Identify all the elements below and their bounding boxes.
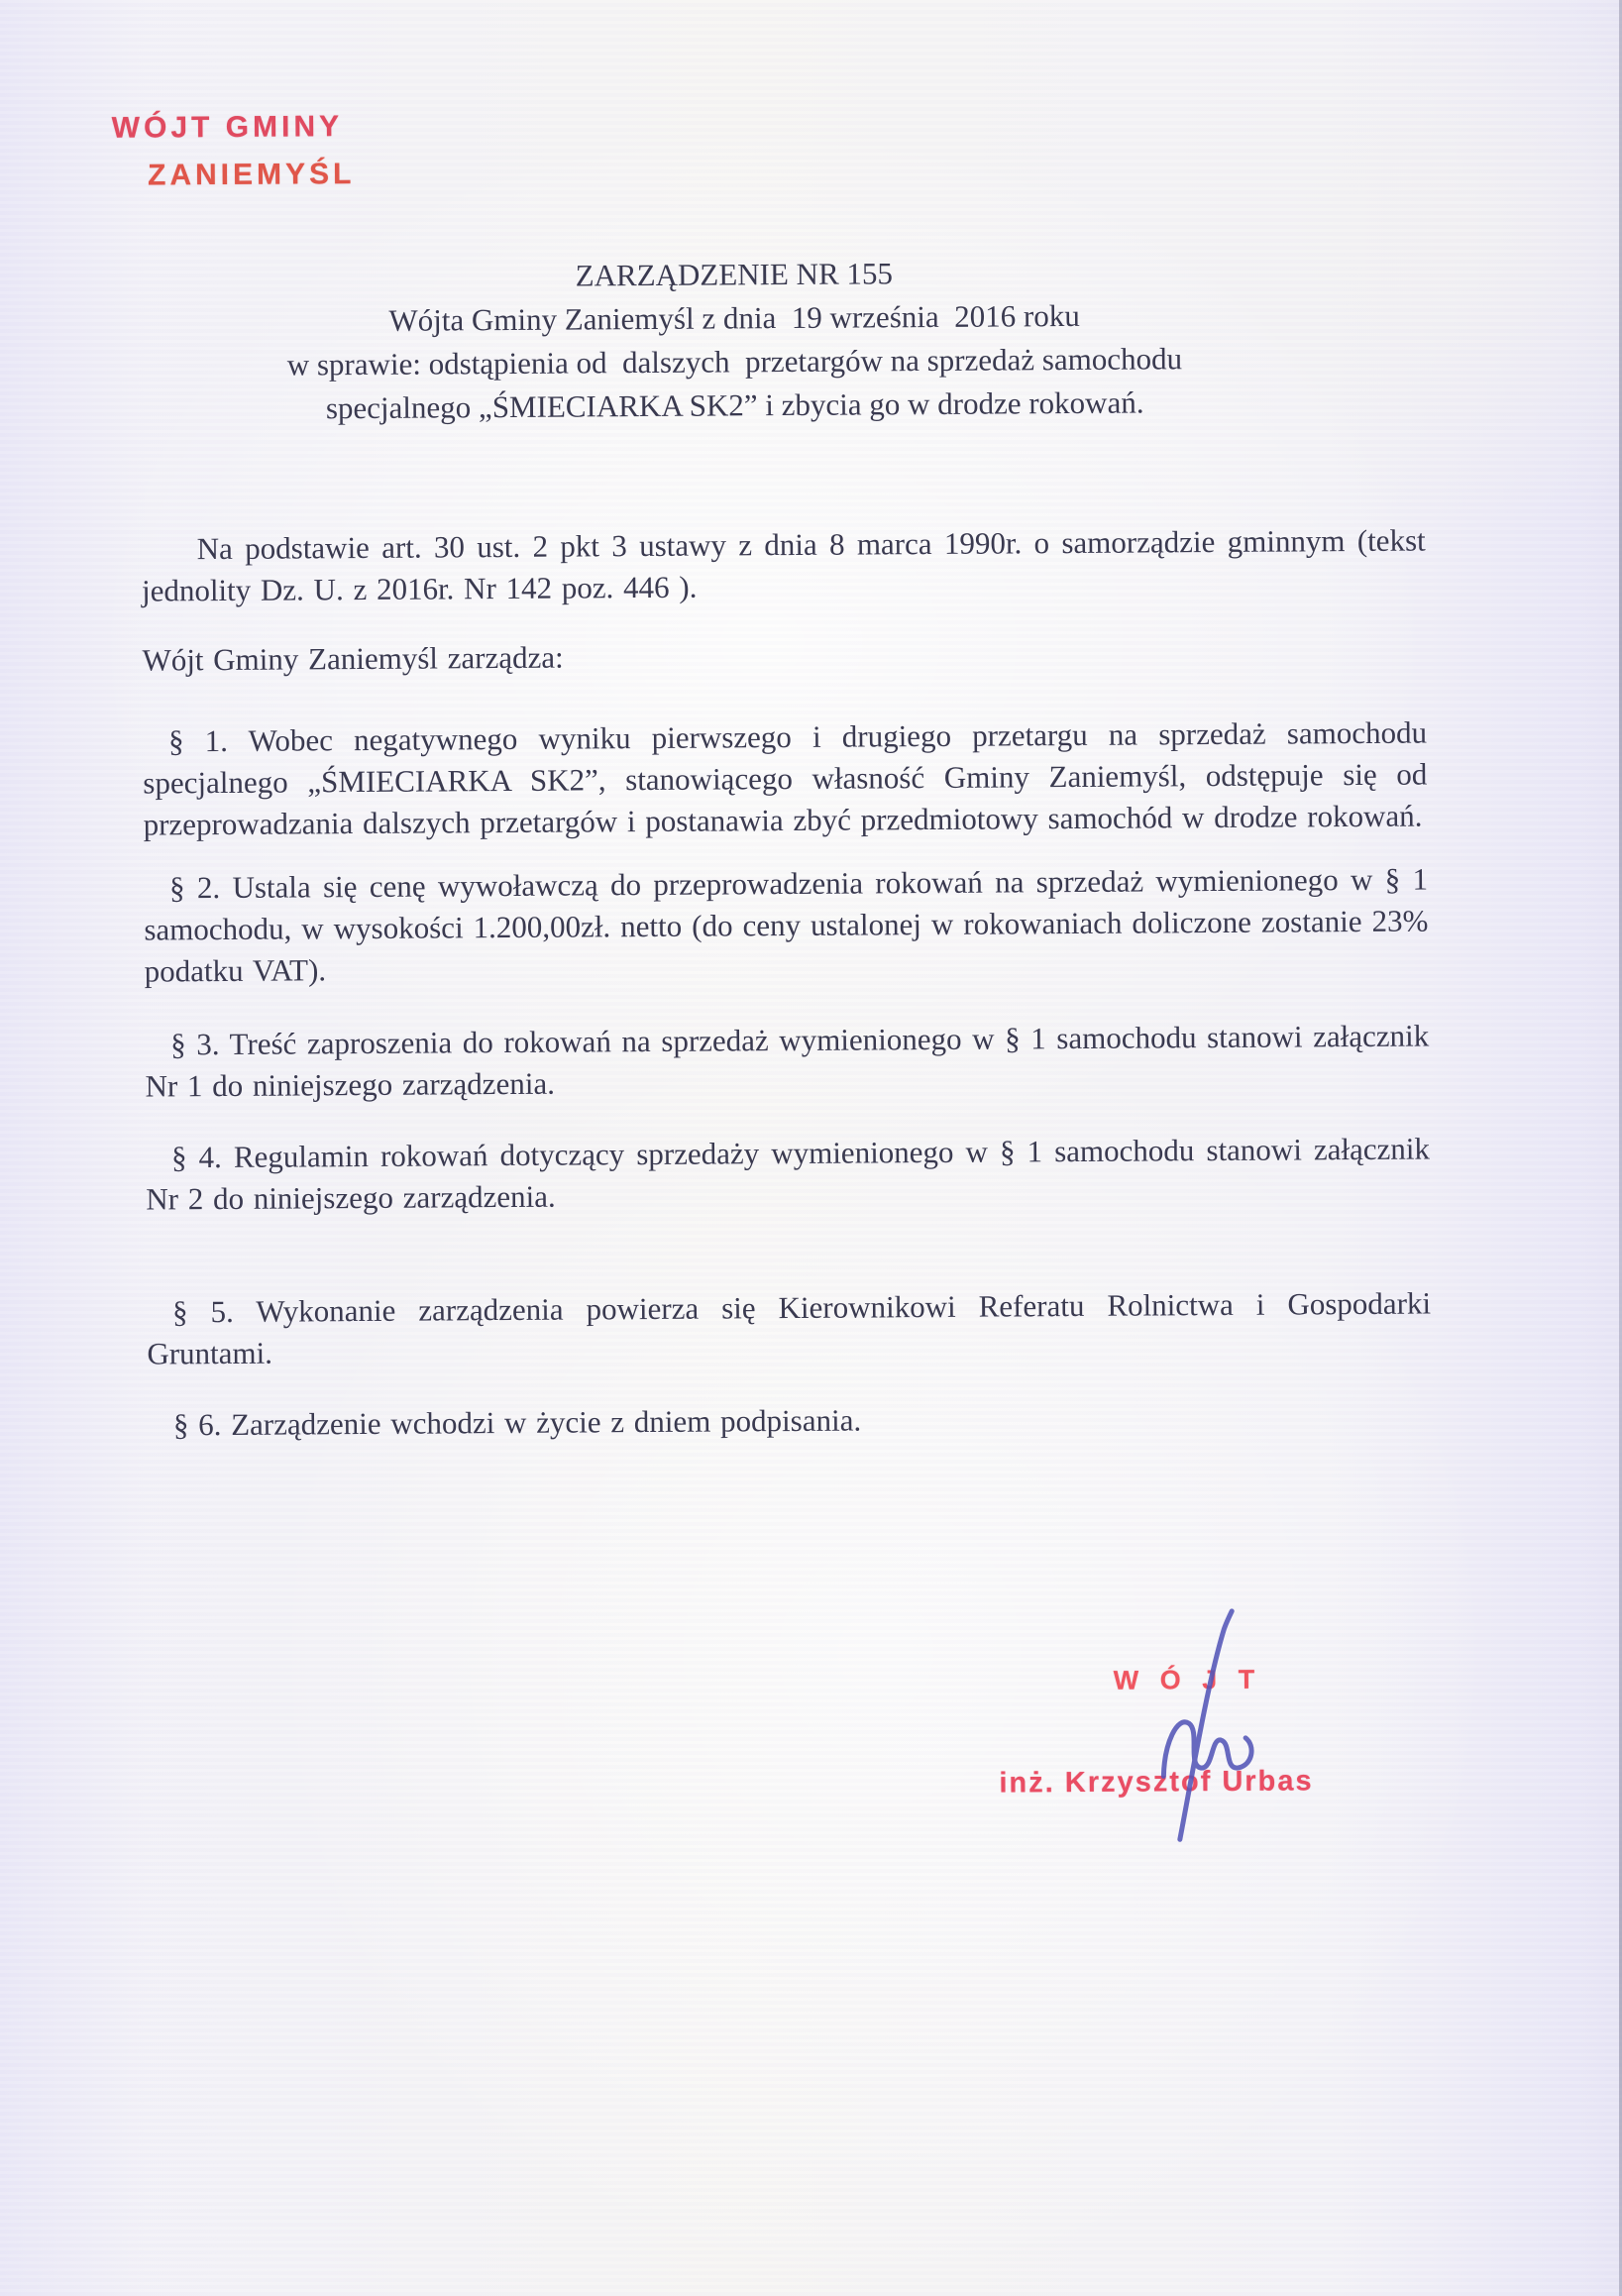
- ordinance-subject-line-2: specjalnego „ŚMIECIARKA SK2” i zbycia go…: [146, 380, 1325, 431]
- sender-stamp: WÓJT GMINY ZANIEMYŚL: [112, 103, 356, 200]
- ordinance-subject-line-1: w sprawie: odstąpienia od dalszych przet…: [145, 336, 1324, 387]
- stamp-authority-name: WÓJT GMINY: [112, 103, 356, 153]
- signature-signer-name: inż. Krzysztof Urbas: [999, 1765, 1313, 1800]
- legal-basis-paragraph: Na podstawie art. 30 ust. 2 pkt 3 ustawy…: [142, 520, 1427, 612]
- stamp-municipality-name: ZANIEMYŚL: [112, 151, 356, 200]
- ordinance-paragraph-5: § 5. Wykonanie zarządzenia powierza się …: [147, 1283, 1432, 1375]
- document-page: WÓJT GMINY ZANIEMYŚL ZARZĄDZENIE NR 155 …: [0, 0, 1622, 2296]
- ordinance-paragraph-3: § 3. Treść zaproszenia do rokowań na spr…: [145, 1016, 1430, 1108]
- ordinance-title-block: ZARZĄDZENIE NR 155 Wójta Gminy Zaniemyśl…: [145, 249, 1325, 431]
- ordinance-paragraph-1: § 1. Wobec negatywnego wyniku pierwszego…: [143, 712, 1428, 846]
- ordinance-body: Na podstawie art. 30 ust. 2 pkt 3 ustawy…: [142, 520, 1432, 1447]
- ordinance-paragraph-2: § 2. Ustala się cenę wywoławczą do przep…: [144, 859, 1429, 993]
- ordinance-paragraph-6: § 6. Zarządzenie wchodzi w życie z dniem…: [148, 1395, 1432, 1446]
- ordinance-paragraph-4: § 4. Regulamin rokowań dotyczący sprzeda…: [146, 1129, 1431, 1221]
- ordains-line: Wójt Gminy Zaniemyśl zarządza:: [142, 631, 1426, 682]
- signature-post-title: W Ó J T: [1114, 1665, 1262, 1696]
